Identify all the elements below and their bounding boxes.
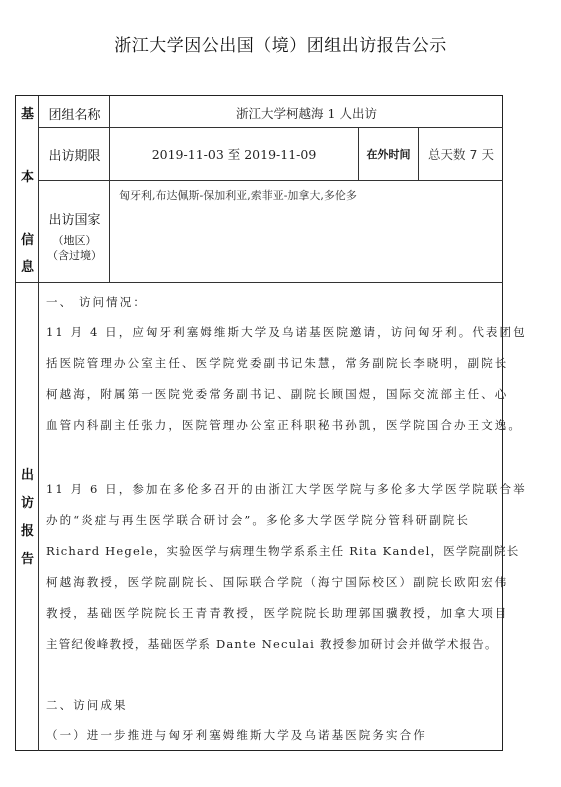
report-paragraph-line: 教授，基础医学院院长王青青教授，医学院院长助理郭国骥教授，加拿大项目 xyxy=(46,605,426,621)
basic-info-label-char: 息 xyxy=(16,256,39,275)
report-subheading: （一）进一步推进与匈牙利塞姆维斯大学及乌诺基医院务实合作 xyxy=(46,727,426,743)
basic-info-label-char: 本 xyxy=(16,166,39,185)
countries-label-sub: （地区） xyxy=(39,232,110,248)
report-label-char: 出 xyxy=(16,464,39,483)
report-heading-results: 二、访问成果 xyxy=(46,697,426,713)
report-paragraph-line: 办的“炎症与再生医学联合研讨会”。多伦多大学医学院分管科研副院长 xyxy=(46,512,426,528)
basic-info-label-char: 基 xyxy=(16,103,39,122)
report-paragraph-line: 柯越海教授，医学院副院长、国际联合学院（海宁国际校区）副院长欧阳宏伟 xyxy=(46,574,426,590)
divider xyxy=(38,180,503,181)
time-abroad-label: 在外时间 xyxy=(359,146,418,162)
report-paragraph-line: 11 月 4 日，应匈牙利塞姆维斯大学及乌诺基医院邀请，访问匈牙利。代表团包 xyxy=(46,324,426,340)
report-label-char: 告 xyxy=(16,548,39,567)
period-value: 2019-11-03 至 2019-11-09 xyxy=(110,145,358,163)
report-paragraph-line: 括医院管理办公室主任、医学院党委副书记朱慧，常务副院长李晓明，副院长 xyxy=(46,355,426,371)
countries-value: 匈牙利,布达佩斯-保加利亚,索菲亚-加拿大,多伦多 xyxy=(119,187,357,203)
report-paragraph-line: 11 月 6 日，参加在多伦多召开的由浙江大学医学院与多伦多大学医学院联合举 xyxy=(46,481,426,497)
page-title: 浙江大学因公出国（境）团组出访报告公示 xyxy=(0,31,561,56)
report-paragraph-line: Richard Hegele，实验医学与病理生物学系系主任 Rita Kande… xyxy=(46,543,426,559)
divider xyxy=(16,282,503,283)
report-table: 基 本 信 息 团组名称 浙江大学柯越海 1 人出访 出访期限 2019-11-… xyxy=(15,95,503,751)
countries-label: 出访国家 xyxy=(39,209,110,228)
countries-label-sub: （含过境） xyxy=(39,247,110,263)
period-label: 出访期限 xyxy=(39,145,110,164)
basic-info-label-char: 信 xyxy=(16,229,39,248)
report-paragraph-line: 血管内科副主任张力，医院管理办公室正科职秘书孙凯，医学院国合办王文逸。 xyxy=(46,417,426,433)
report-label-char: 报 xyxy=(16,520,39,539)
divider xyxy=(38,127,503,128)
divider xyxy=(38,96,39,751)
time-abroad-value: 总天数 7 天 xyxy=(419,145,503,163)
group-name-value: 浙江大学柯越海 1 人出访 xyxy=(110,104,503,122)
report-label-char: 访 xyxy=(16,492,39,511)
report-heading-visit: 一、 访问情况： xyxy=(46,294,426,310)
report-paragraph-line: 柯越海，附属第一医院党委常务副书记、副院长顾国煜，国际交流部主任、心 xyxy=(46,386,426,402)
report-paragraph-line: 主管纪俊峰教授，基础医学系 Dante Neculai 教授参加研讨会并做学术报… xyxy=(46,636,426,652)
group-name-label: 团组名称 xyxy=(39,104,110,123)
